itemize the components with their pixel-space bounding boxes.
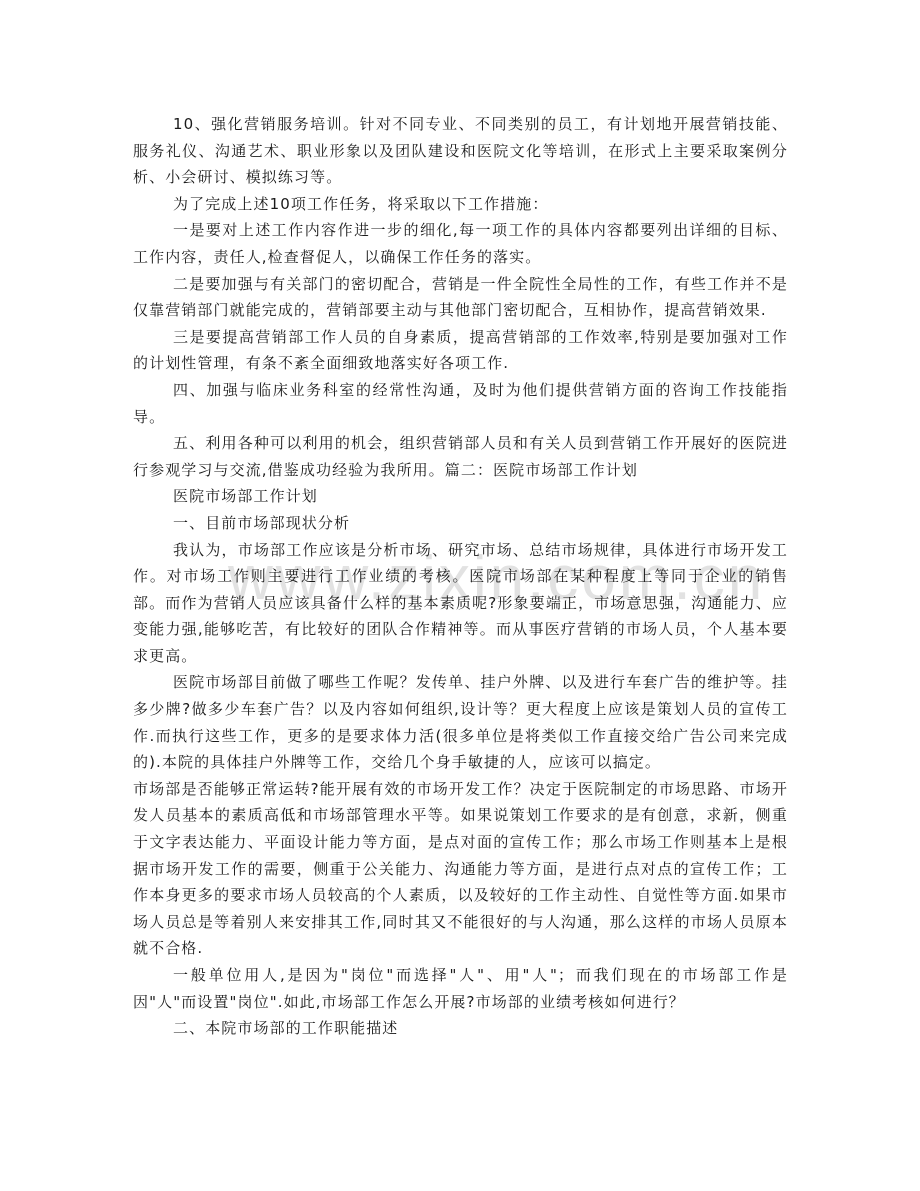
paragraph-measure-1: 一是要对上述工作内容作进一步的细化,每一项工作的具体内容都要列出详细的目标、工作… <box>133 217 788 270</box>
section-title: 医院市场部工作计划 <box>133 483 788 510</box>
paragraph-current-work: 医院市场部目前做了哪些工作呢？发传单、挂户外牌、以及进行车套广告的维护等。挂多少… <box>133 669 788 775</box>
paragraph-operation: 市场部是否能够正常运转?能开展有效的市场开发工作？决定于医院制定的市场思路、市场… <box>133 776 788 962</box>
paragraph-measure-4: 四、加强与临床业务科室的经常性沟通，及时为他们提供营销方面的咨询工作技能指导。 <box>133 377 788 430</box>
section-heading-1: 一、目前市场部现状分析 <box>133 510 788 537</box>
document-body: 10、强化营销服务培训。针对不同专业、不同类别的员工，有计划地开展营销技能、服务… <box>133 111 788 1042</box>
paragraph-measure-5: 五、利用各种可以利用的机会，组织营销部人员和有关人员到营销工作开展好的医院进行参… <box>133 430 788 483</box>
section-heading-2: 二、本院市场部的工作职能描述 <box>133 1015 788 1042</box>
paragraph-measures-intro: 为了完成上述10项工作任务，将采取以下工作措施： <box>133 191 788 218</box>
paragraph-training: 10、强化营销服务培训。针对不同专业、不同类别的员工，有计划地开展营销技能、服务… <box>133 111 788 191</box>
paragraph-analysis: 我认为，市场部工作应该是分析市场、研究市场、总结市场规律，具体进行市场开发工作。… <box>133 537 788 670</box>
paragraph-staffing: 一般单位用人,是因为"岗位"而选择"人"、用"人"；而我们现在的市场部工作是因"… <box>133 962 788 1015</box>
paragraph-measure-3: 三是要提高营销部工作人员的自身素质，提高营销部的工作效率,特别是要加强对工作的计… <box>133 324 788 377</box>
paragraph-measure-2: 二是要加强与有关部门的密切配合，营销是一件全院性全局性的工作，有些工作并不是仅靠… <box>133 271 788 324</box>
